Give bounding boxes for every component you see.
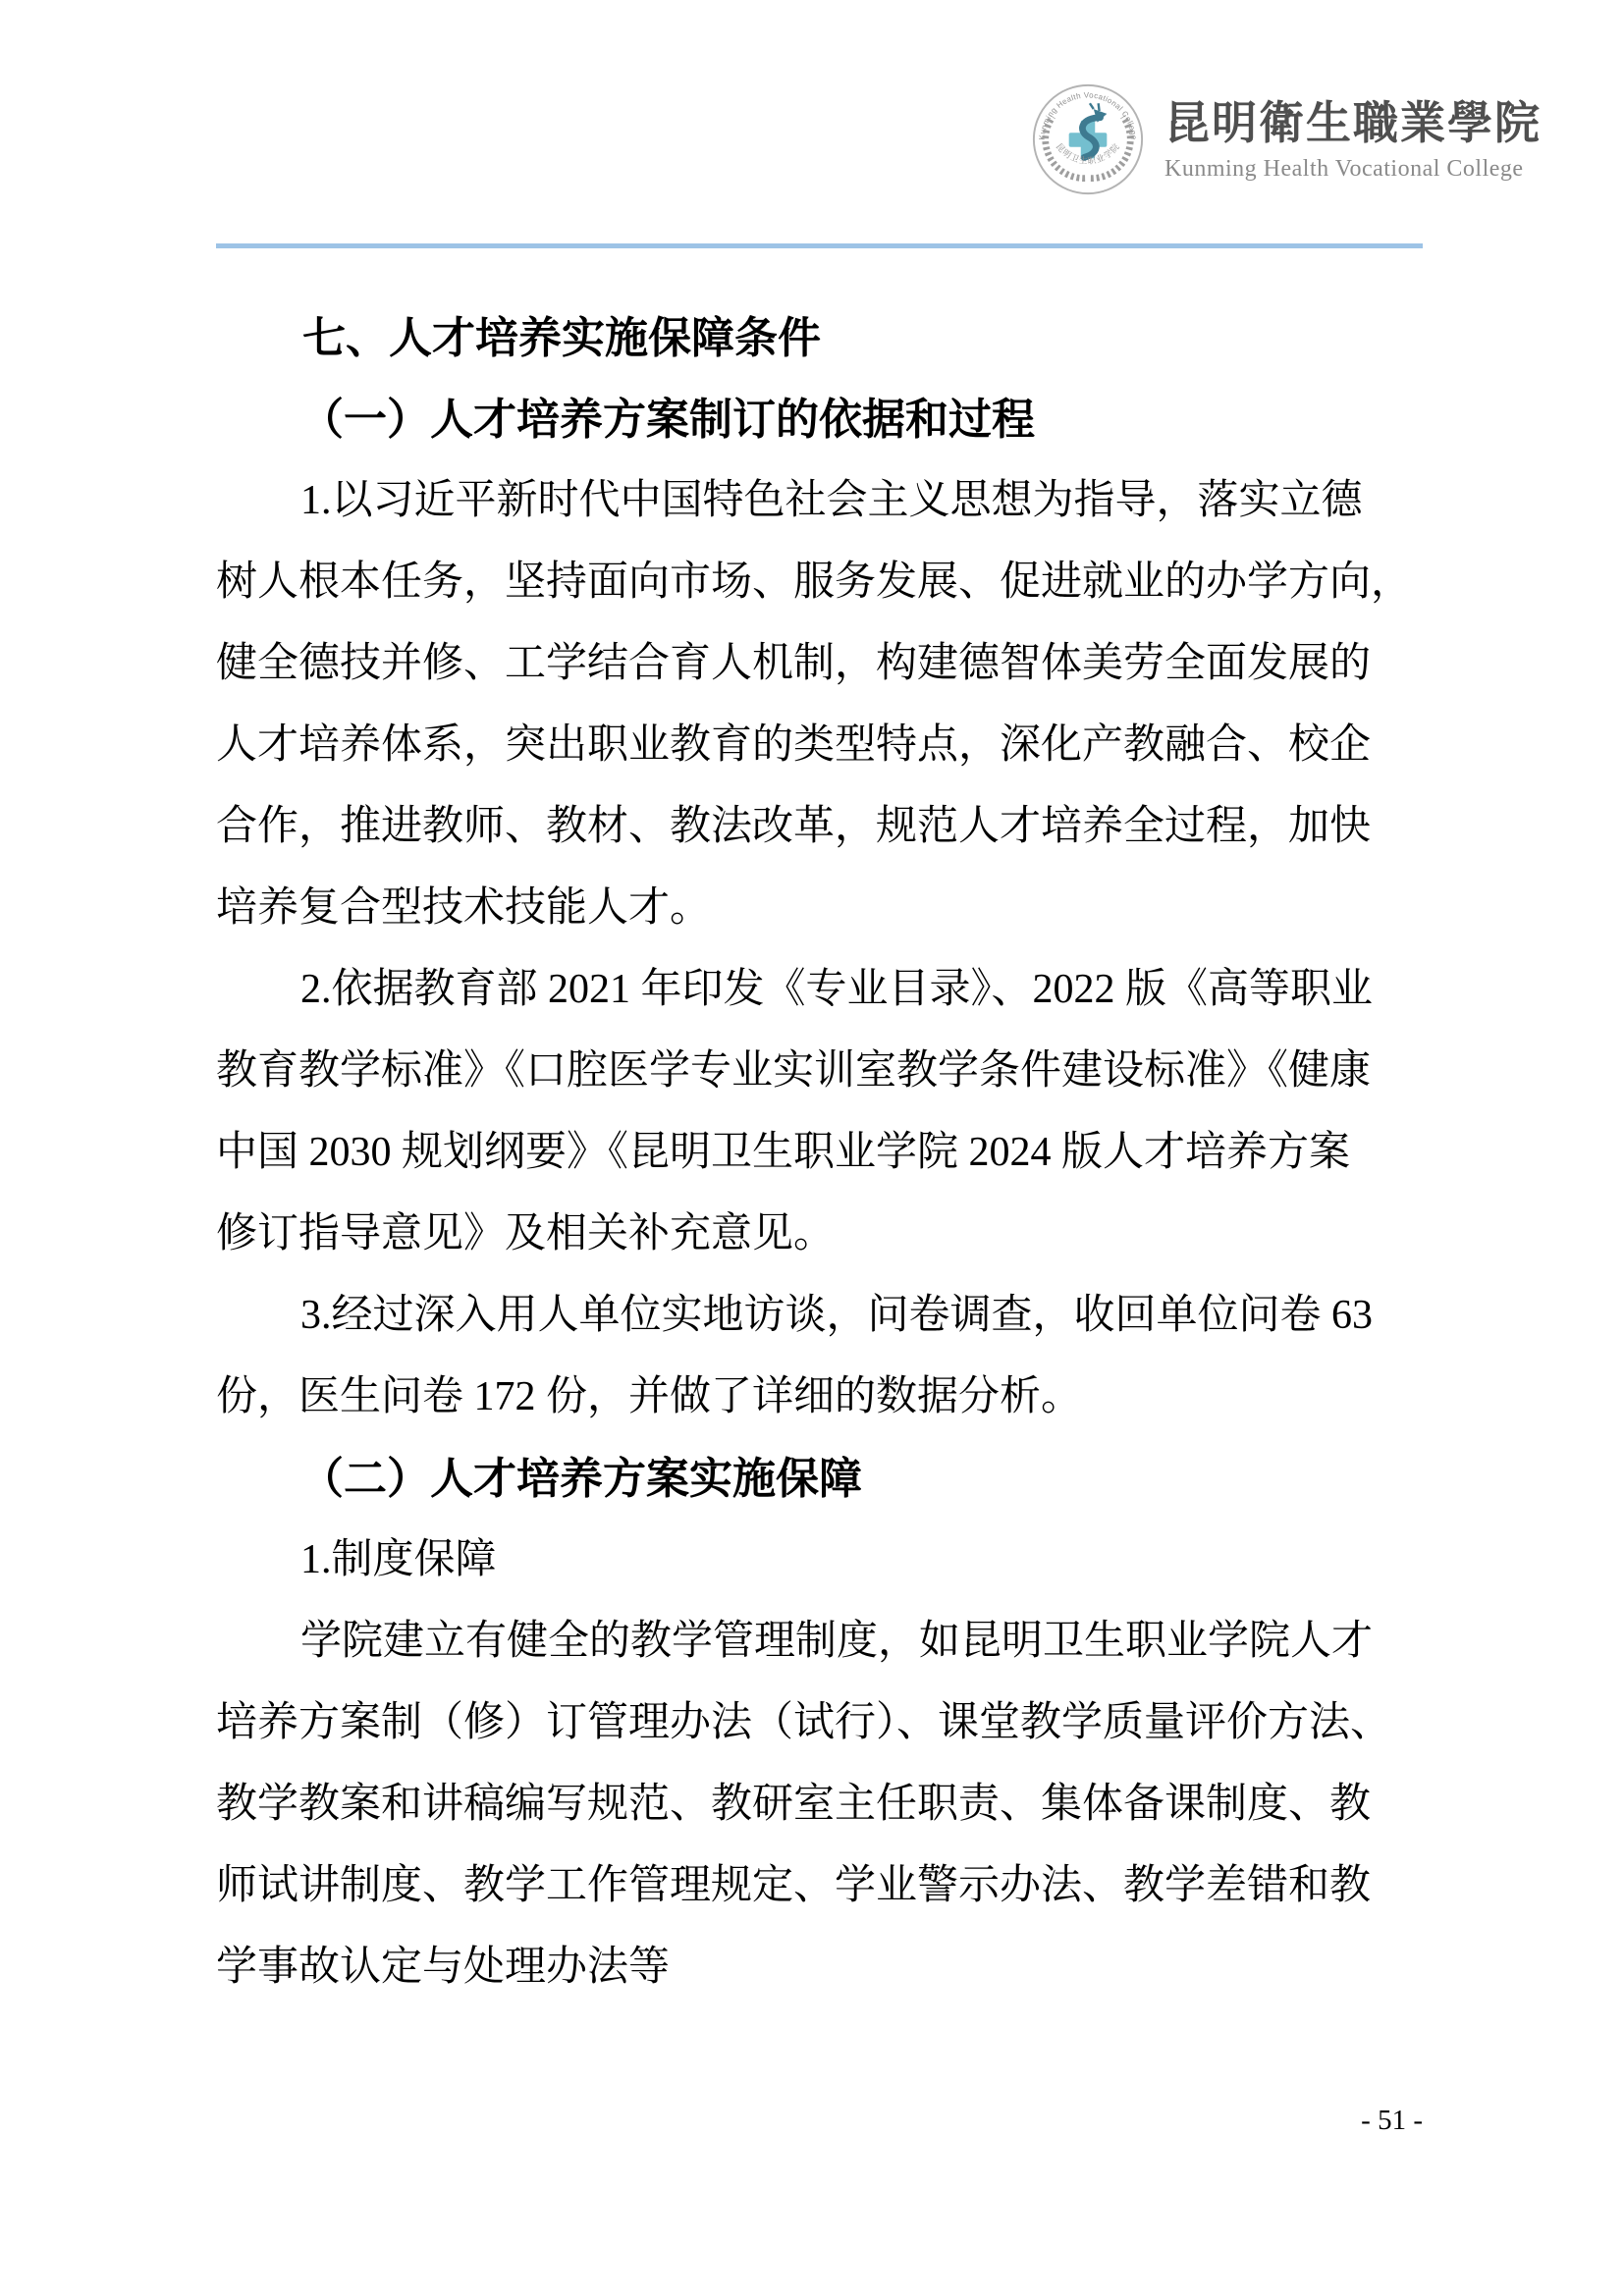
body-line: 人才培养体系，突出职业教育的类型特点，深化产教融合、校企	[216, 705, 1434, 786]
body-line: 3.经过深入用人单位实地访谈，问卷调查，收回单位问卷 63	[216, 1275, 1434, 1357]
body-line: 教学教案和讲稿编写规范、教研室主任职责、集体备课制度、教	[216, 1764, 1434, 1845]
body-line: 中国 2030 规划纲要》《昆明卫生职业学院 2024 版人才培养方案	[216, 1112, 1434, 1194]
document-body: 七、人才培养实施保障条件 （一）人才培养方案制订的依据和过程 1.以习近平新时代…	[216, 297, 1434, 2008]
subsection-heading: （二）人才培养方案实施保障	[216, 1438, 1434, 1520]
body-line: 修订指导意见》及相关补充意见。	[216, 1194, 1434, 1275]
body-line: 培养方案制（修）订管理办法（试行）、课堂教学质量评价方法、	[216, 1682, 1434, 1764]
document-page: Kunming Health Vocational College 昆明卫生职业…	[0, 0, 1624, 2296]
college-name-english: Kunming Health Vocational College	[1164, 155, 1557, 183]
body-line: 培养复合型技术技能人才。	[216, 868, 1434, 949]
body-line: 1.以习近平新时代中国特色社会主义思想为指导，落实立德	[216, 460, 1434, 542]
body-line: 健全德技并修、工学结合育人机制，构建德智体美劳全面发展的	[216, 623, 1434, 705]
body-line: 2.依据教育部 2021 年印发《专业目录》、2022 版《高等职业	[216, 949, 1434, 1031]
page-number: - 51 -	[1361, 2103, 1423, 2138]
body-line: 学事故认定与处理办法等	[216, 1927, 1434, 2008]
body-line: 师试讲制度、教学工作管理规定、学业警示办法、教学差错和教	[216, 1845, 1434, 1927]
body-line: 合作，推进教师、教材、教法改革，规范人才培养全过程，加快	[216, 786, 1434, 868]
body-line: 学院建立有健全的教学管理制度，如昆明卫生职业学院人才	[216, 1601, 1434, 1682]
college-brand: 昆明衛生職業學院 Kunming Health Vocational Colle…	[1164, 96, 1557, 183]
body-line: 1.制度保障	[216, 1520, 1434, 1601]
body-line: 教育教学标准》《口腔医学专业实训室教学条件建设标准》《健康	[216, 1031, 1434, 1112]
header-divider	[216, 243, 1423, 248]
body-line: 树人根本任务，坚持面向市场、服务发展、促进就业的办学方向，	[216, 542, 1434, 623]
college-name-calligraphy: 昆明衛生職業學院	[1164, 96, 1557, 151]
section-heading: 七、人才培养实施保障条件	[216, 297, 1434, 379]
college-emblem-icon: Kunming Health Vocational College 昆明卫生职业…	[1031, 82, 1145, 196]
subsection-heading: （一）人才培养方案制订的依据和过程	[216, 379, 1434, 460]
body-line: 份，医生问卷 172 份，并做了详细的数据分析。	[216, 1357, 1434, 1438]
